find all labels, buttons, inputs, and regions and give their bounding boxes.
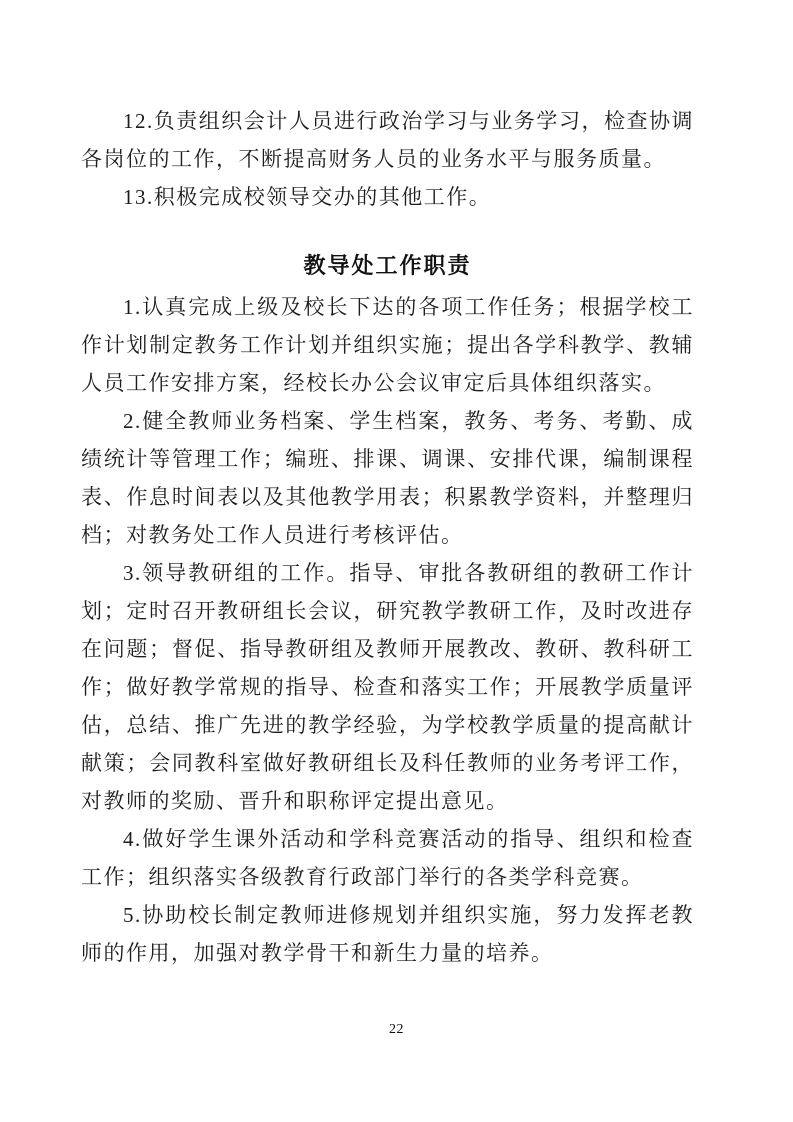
section-title: 教导处工作职责 <box>81 248 694 284</box>
paragraph-item-4: 4.做好学生课外活动和学科竞赛活动的指导、组织和检查工作；组织落实各级教育行政部… <box>81 820 694 896</box>
document-body: 12.负责组织会计人员进行政治学习与业务学习，检查协调各岗位的工作，不断提高财务… <box>81 102 694 972</box>
paragraph-item-1: 1.认真完成上级及校长下达的各项工作任务；根据学校工作计划制定教务工作计划并组织… <box>81 288 694 402</box>
document-page: 12.负责组织会计人员进行政治学习与业务学习，检查协调各岗位的工作，不断提高财务… <box>0 0 793 1122</box>
paragraph-item-3: 3.领导教研组的工作。指导、审批各教研组的教研工作计划；定时召开教研组长会议，研… <box>81 554 694 820</box>
paragraph-item-12: 12.负责组织会计人员进行政治学习与业务学习，检查协调各岗位的工作，不断提高财务… <box>81 102 694 178</box>
page-number: 22 <box>0 1022 793 1038</box>
paragraph-item-2: 2.健全教师业务档案、学生档案，教务、考务、考勤、成绩统计等管理工作；编班、排课… <box>81 402 694 554</box>
paragraph-item-13: 13.积极完成校领导交办的其他工作。 <box>81 178 694 216</box>
paragraph-item-5: 5.协助校长制定教师进修规划并组织实施，努力发挥老教师的作用，加强对教学骨干和新… <box>81 896 694 972</box>
